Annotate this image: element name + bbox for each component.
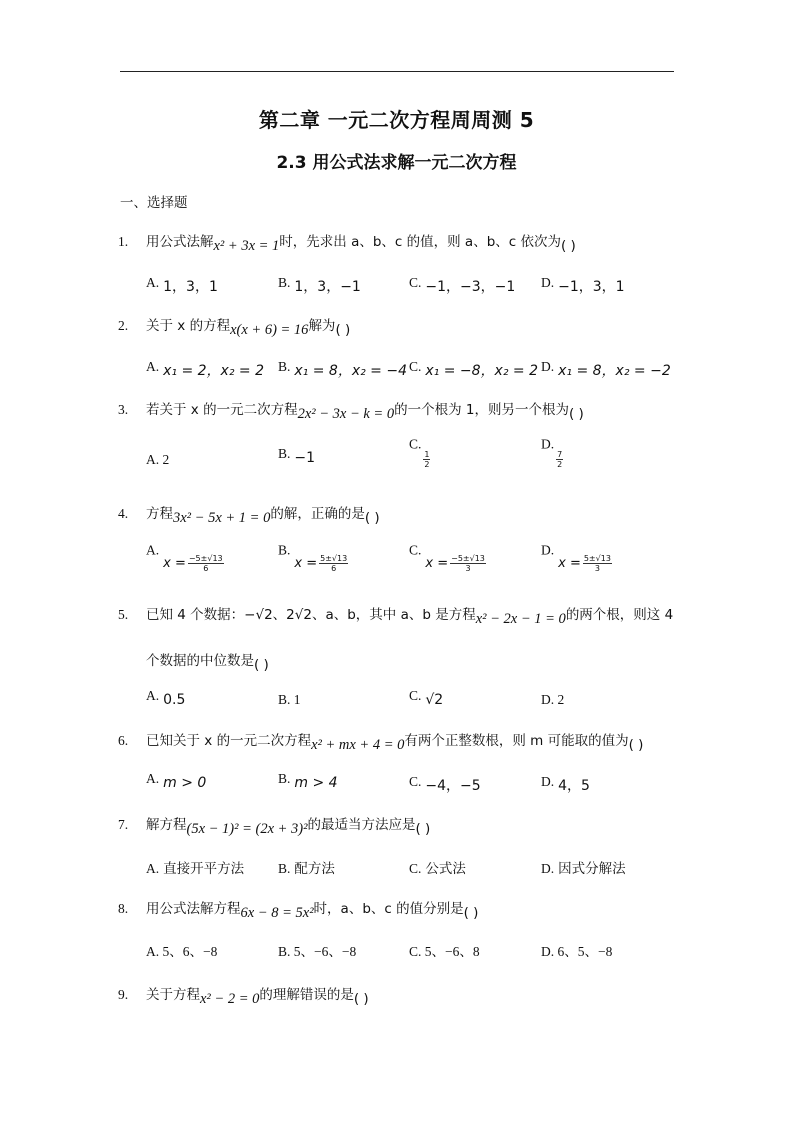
option-c[interactable]: C.12 [409, 436, 430, 455]
question-text: 解方程 [146, 817, 187, 833]
option-value: √2 [425, 692, 443, 708]
option-lhs: x = [425, 556, 448, 571]
option-label: A. [146, 543, 159, 558]
option-value: 2 [163, 452, 170, 467]
equation: x(x + 6) = 16 [230, 322, 308, 338]
question-number: 4. [118, 506, 146, 522]
option-label: A. [146, 688, 159, 703]
option-label: A. [146, 861, 159, 876]
option-d[interactable]: D.−1，3，1 [541, 272, 625, 292]
option-c[interactable]: C.−1，−3，−1 [409, 272, 515, 292]
option-label: C. [409, 359, 421, 374]
option-label: A. [146, 275, 159, 290]
option-label: B. [278, 359, 290, 374]
option-a[interactable]: A. 2 [146, 452, 169, 468]
option-value: 配方法 [294, 861, 335, 877]
option-value: 1，3，−1 [294, 279, 360, 295]
answer-blank: ( ) [629, 737, 644, 753]
option-label: D. [541, 692, 554, 707]
page-subtitle: 2.3 用公式法求解一元二次方程 [0, 148, 793, 173]
option-label: D. [541, 944, 554, 959]
answer-blank: ( ) [354, 991, 369, 1007]
option-label: C. [409, 688, 421, 703]
question-number: 3. [118, 402, 146, 418]
denominator: 6 [331, 564, 336, 573]
option-label: C. [409, 437, 421, 452]
question-7: 7.解方程(5x − 1)² = (2x + 3)²的最适当方法应是( ) [118, 813, 430, 834]
equation: x² + 3x = 1 [214, 238, 280, 254]
option-label: B. [278, 771, 290, 786]
option-value: x₁ = −8，x₂ = 2 [425, 363, 538, 379]
answer-blank: ( ) [415, 821, 430, 837]
option-label: A. [146, 944, 159, 959]
answer-blank: ( ) [254, 657, 269, 673]
question-number: 9. [118, 987, 146, 1003]
equation: x² − 2x − 1 = 0 [476, 611, 566, 627]
header-rule [120, 71, 674, 72]
answer-blank: ( ) [464, 905, 479, 921]
option-d[interactable]: D. 2 [541, 692, 564, 708]
option-label: D. [541, 437, 554, 452]
option-value: −4，−5 [425, 778, 480, 794]
option-label: B. [278, 275, 290, 290]
option-value: 1 [294, 692, 301, 707]
option-value: 1，3，1 [163, 279, 218, 295]
option-label: C. [409, 861, 421, 876]
option-value: x₁ = 8，x₂ = −2 [558, 363, 671, 379]
equation: 6x − 8 = 5x² [241, 905, 314, 921]
numerator: 1 [423, 450, 430, 460]
answer-blank: ( ) [335, 322, 350, 338]
option-lhs: x = [163, 556, 186, 571]
question-6: 6.已知关于 x 的一元二次方程x² + mx + 4 = 0有两个正整数根，则… [118, 729, 643, 750]
option-a[interactable]: A. 5、6、−8 [146, 940, 217, 960]
question-8: 8.用公式法解方程6x − 8 = 5x²时，a、b、c 的值分别是( ) [118, 897, 478, 918]
option-c[interactable]: C.√2 [409, 688, 443, 704]
option-value: 0.5 [163, 692, 185, 708]
option-d[interactable]: D.4，5 [541, 771, 590, 791]
option-label: A. [146, 359, 159, 374]
option-lhs: x = [294, 556, 317, 571]
option-a[interactable]: A.直接开平方法 [146, 857, 244, 877]
numerator: −5±√13 [450, 554, 486, 564]
option-value: m > 0 [163, 775, 206, 791]
option-label: B. [278, 543, 290, 558]
option-label: D. [541, 359, 554, 374]
option-b[interactable]: B. 5、−6、−8 [278, 940, 356, 960]
equation: x² − 2 = 0 [200, 991, 259, 1007]
option-a[interactable]: A.0.5 [146, 688, 185, 704]
question-text: 时，a、b、c 的值分别是 [314, 901, 464, 917]
question-text: 解为 [308, 318, 335, 334]
question-text: 已知关于 x 的一元二次方程 [146, 733, 311, 749]
option-label: B. [278, 692, 290, 707]
option-c[interactable]: C.公式法 [409, 857, 466, 877]
option-value: 5、−6、8 [425, 944, 480, 959]
equation: 3x² − 5x + 1 = 0 [173, 510, 270, 526]
fraction: 5±√133 [583, 554, 612, 573]
question-number: 1. [118, 234, 146, 250]
option-b[interactable]: B.x =5±√136 [278, 542, 348, 561]
option-value: x₁ = 8，x₂ = −4 [294, 363, 407, 379]
equation: 2x² − 3x − k = 0 [298, 406, 395, 422]
question-text: 的最适当方法应是 [307, 817, 415, 833]
option-value: 5、−6、−8 [294, 944, 356, 959]
fraction: −5±√136 [188, 554, 224, 573]
option-value: 因式分解法 [558, 861, 626, 877]
fraction: −5±√133 [450, 554, 486, 573]
equation: x² + mx + 4 = 0 [311, 737, 404, 753]
option-label: D. [541, 774, 554, 789]
option-label: C. [409, 543, 421, 558]
option-d[interactable]: D.因式分解法 [541, 857, 626, 877]
question-number: 6. [118, 733, 146, 749]
option-value: 2 [558, 692, 565, 707]
option-a[interactable]: A.1，3，1 [146, 272, 218, 292]
option-label: A. [146, 771, 159, 786]
question-text: 有两个正整数根，则 m 可能取的值为 [404, 733, 628, 749]
option-value: x₁ = 2，x₂ = 2 [163, 363, 264, 379]
option-d[interactable]: D.x₁ = 8，x₂ = −2 [541, 356, 671, 376]
question-text: 的两个根，则这 4 [566, 607, 673, 623]
page-title: 第二章 一元二次方程周周测 5 [0, 104, 793, 133]
option-label: D. [541, 861, 554, 876]
question-text: 方程 [146, 506, 173, 522]
option-label: B. [278, 861, 290, 876]
question-text: 个数据的中位数是 [146, 653, 254, 669]
answer-blank: ( ) [561, 238, 576, 254]
question-number: 7. [118, 817, 146, 833]
option-d[interactable]: D. 6、5、−8 [541, 940, 612, 960]
option-a[interactable]: A.x =−5±√136 [146, 542, 224, 561]
option-value: −1，−3，−1 [425, 279, 515, 295]
option-label: C. [409, 275, 421, 290]
option-b[interactable]: B.m > 4 [278, 771, 338, 787]
option-label: B. [278, 446, 290, 461]
option-label: B. [278, 944, 290, 959]
denominator: 3 [465, 564, 470, 573]
question-text: 的理解错误的是 [259, 987, 354, 1003]
question-text: 的解，正确的是 [270, 506, 365, 522]
option-value: −1，3，1 [558, 279, 624, 295]
option-c[interactable]: C.−4，−5 [409, 771, 481, 791]
question-5-line2: 个数据的中位数是( ) [146, 649, 269, 669]
option-b[interactable]: B.x₁ = 8，x₂ = −4 [278, 356, 407, 376]
denominator: 2 [557, 460, 562, 469]
option-c[interactable]: C.x₁ = −8，x₂ = 2 [409, 356, 538, 376]
option-value: −1 [294, 450, 315, 466]
option-c[interactable]: C.x =−5±√133 [409, 542, 486, 561]
question-text: 时，先求出 a、b、c 的值，则 a、b、c 依次为 [279, 234, 561, 250]
numerator: −5±√13 [188, 554, 224, 564]
question-5: 5.已知 4 个数据：−√2、2√2、a、b，其中 a、b 是方程x² − 2x… [118, 603, 673, 624]
numerator: 5±√13 [583, 554, 612, 564]
fraction: 12 [423, 450, 430, 469]
option-label: D. [541, 543, 554, 558]
option-c[interactable]: C. 5、−6、8 [409, 940, 480, 960]
option-b[interactable]: B.配方法 [278, 857, 335, 877]
denominator: 2 [424, 460, 429, 469]
option-value: 4，5 [558, 778, 590, 794]
question-text: 用公式法解方程 [146, 901, 241, 917]
question-text: 已知 4 个数据：−√2、2√2、a、b，其中 a、b 是方程 [146, 607, 476, 623]
fraction: 5±√136 [319, 554, 348, 573]
question-9: 9.关于方程x² − 2 = 0的理解错误的是( ) [118, 983, 369, 1004]
numerator: 7 [556, 450, 563, 460]
option-label: C. [409, 774, 421, 789]
question-text: 的一个根为 1，则另一个根为 [394, 402, 569, 418]
option-label: A. [146, 452, 159, 467]
fraction: 72 [556, 450, 563, 469]
question-1: 1.用公式法解x² + 3x = 1时，先求出 a、b、c 的值，则 a、b、c… [118, 230, 576, 251]
question-number: 2. [118, 318, 146, 334]
option-d[interactable]: D.x =5±√133 [541, 542, 612, 561]
option-label: D. [541, 275, 554, 290]
question-text: 用公式法解 [146, 234, 214, 250]
question-2: 2.关于 x 的方程x(x + 6) = 16解为( ) [118, 314, 350, 335]
option-b[interactable]: B. 1 [278, 692, 301, 708]
option-a[interactable]: A.m > 0 [146, 771, 206, 787]
question-number: 8. [118, 901, 146, 917]
equation: (5x − 1)² = (2x + 3)² [187, 821, 308, 837]
answer-blank: ( ) [365, 510, 380, 526]
question-text: 关于方程 [146, 987, 200, 1003]
option-value: m > 4 [294, 775, 337, 791]
option-b[interactable]: B.−1 [278, 446, 315, 462]
option-a[interactable]: A.x₁ = 2，x₂ = 2 [146, 356, 264, 376]
section-heading: 一、选择题 [120, 191, 188, 211]
question-3: 3.若关于 x 的一元二次方程2x² − 3x − k = 0的一个根为 1，则… [118, 398, 584, 419]
denominator: 3 [595, 564, 600, 573]
question-number: 5. [118, 607, 146, 623]
question-text: 关于 x 的方程 [146, 318, 230, 334]
numerator: 5±√13 [319, 554, 348, 564]
option-lhs: x = [558, 556, 581, 571]
question-4: 4.方程3x² − 5x + 1 = 0的解，正确的是( ) [118, 502, 380, 523]
option-value: 公式法 [425, 861, 466, 877]
answer-blank: ( ) [569, 406, 584, 422]
option-b[interactable]: B.1，3，−1 [278, 272, 361, 292]
option-value: 6、5、−8 [558, 944, 613, 959]
question-text: 若关于 x 的一元二次方程 [146, 402, 298, 418]
option-label: C. [409, 944, 421, 959]
option-value: 5、6、−8 [163, 944, 218, 959]
denominator: 6 [203, 564, 208, 573]
option-value: 直接开平方法 [163, 861, 244, 877]
option-d[interactable]: D.72 [541, 436, 563, 455]
